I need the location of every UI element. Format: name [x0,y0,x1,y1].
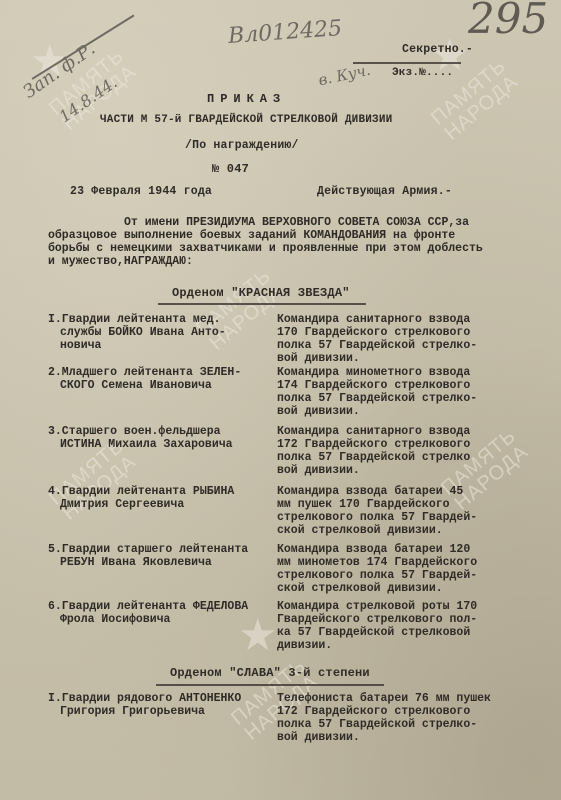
preamble-line: и мужество,НАГРАЖДАЮ: [48,255,483,268]
order-location: Действующая Армия.- [317,185,452,198]
recipient-name-line: СКОГО Семена Ивановича [48,379,268,392]
recipient-name: 4.Гвардии лейтенанта РЫБИНАДмитрия Серге… [48,485,268,511]
preamble: От имени ПРЕЗИДИУМА ВЕРХОВНОГО СОВЕТА СО… [48,216,483,268]
recipient-position-line: вой дивизии. [277,352,517,365]
recipient-position-line: стрелкового полка 57 Гвардей- [277,511,517,524]
recipient-name: I.Гвардии рядового АНТОНЕНКОГригория Гри… [48,692,268,718]
recipient-name-line: Дмитрия Сергеевича [48,498,268,511]
recipient-name-line: 5.Гвардии старшего лейтенанта [48,543,268,556]
preamble-line: образцовое выполнение боевых заданий КОМ… [48,229,483,242]
recipient-name-line: Григория Григорьевича [48,705,268,718]
recipient-position-line: ка 57 Гвардейской стрелковой [277,626,517,639]
document-subtitle: ЧАСТИ М 57-й ГВАРДЕЙСКОЙ СТРЕЛКОВОЙ ДИВИ… [100,114,392,126]
recipient-position-line: ской стрелковой дивизии. [277,582,517,595]
recipient-position: Командира санитарного взвода170 Гвардейс… [277,313,517,365]
recipient-name-line: 2.Младшего лейтенанта ЗЕЛЕН- [48,366,268,379]
recipient-name: 3.Старшего воен.фельдшераИСТИНА Михаила … [48,425,268,451]
recipient-position-line: мм минометов 174 Гвардейского [277,556,517,569]
recipient-position: Телефониста батареи 76 мм пушек172 Гвард… [277,692,517,744]
recipient-position-line: полка 57 Гвардейской стрелко- [277,392,517,405]
recipient-name-line: Фрола Иосифовича [48,613,268,626]
recipient-position-line: Командира взвода батареи 120 [277,543,517,556]
recipient-position: Командира санитарного взвода172 Гвардейс… [277,425,517,477]
recipient-name-line: I.Гвардии рядового АНТОНЕНКО [48,692,268,705]
recipient-position-line: Телефониста батареи 76 мм пушек [277,692,517,705]
recipient-position: Командира стрелковой роты 170Гвардейског… [277,600,517,652]
recipient-name: I.Гвардии лейтенанта мед.службы БОЙКО Ив… [48,313,268,352]
recipient-position-line: 174 Гвардейского стрелкового [277,379,517,392]
award-section-title: Орденом "СЛАВА" 3-й степени [170,666,370,680]
section-underline [158,303,366,305]
recipient-position-line: полка 57 Гвардейской стрелко- [277,339,517,352]
recipient-name: 2.Младшего лейтенанта ЗЕЛЕН-СКОГО Семена… [48,366,268,392]
classification-underline [353,62,461,64]
recipient-name-line: 6.Гвардии лейтенанта ФЕДЕЛОВА [48,600,268,613]
recipient-name-line: 4.Гвардии лейтенанта РЫБИНА [48,485,268,498]
recipient-position: Командира взвода батареи 45мм пушек 170 … [277,485,517,537]
recipient-position-line: 170 Гвардейского стрелкового [277,326,517,339]
recipient-name: 5.Гвардии старшего лейтенантаРЕБУН Ивана… [48,543,268,569]
recipient-name-line: службы БОЙКО Ивана Анто- [48,326,268,339]
recipient-position-line: вой дивизии. [277,731,517,744]
recipient-position-line: Гвардейского стрелкового пол- [277,613,517,626]
recipient-position-line: дивизии. [277,639,517,652]
recipient-name-line: I.Гвардии лейтенанта мед. [48,313,268,326]
order-date: 23 Февраля 1944 года [70,185,212,198]
recipient-position-line: ской стрелковой дивизии. [277,524,517,537]
order-number: № 047 [212,162,249,176]
document-title: ПРИКАЗ [207,92,286,106]
copy-number-label: Экз.№.... [392,67,453,79]
recipient-position-line: Командира взвода батареи 45 [277,485,517,498]
recipient-position-line: Командира санитарного взвода [277,425,517,438]
recipient-position-line: 172 Гвардейского стрелкового [277,705,517,718]
recipient-position-line: стрелкового полка 57 Гвардей- [277,569,517,582]
recipient-position-line: полка 57 Гвардейской стрелко- [277,718,517,731]
recipient-position-line: вой дивизии. [277,464,517,477]
recipient-position-line: Командира стрелковой роты 170 [277,600,517,613]
recipient-name: 6.Гвардии лейтенанта ФЕДЕЛОВАФрола Иосиф… [48,600,268,626]
section-underline [156,684,384,686]
recipient-position: Командира минометного взвода174 Гвардейс… [277,366,517,418]
recipient-name-line: ИСТИНА Михаила Захаровича [48,438,268,451]
recipient-name-line: РЕБУН Ивана Яковлевича [48,556,268,569]
recipient-position-line: Командира санитарного взвода [277,313,517,326]
recipient-position-line: 172 Гвардейского стрелкового [277,438,517,451]
recipient-position-line: мм пушек 170 Гвардейского [277,498,517,511]
recipient-position-line: Командира минометного взвода [277,366,517,379]
preamble-line: От имени ПРЕЗИДИУМА ВЕРХОВНОГО СОВЕТА СО… [48,216,483,229]
preamble-line: борьбы с немецкими захватчиками и проявл… [48,242,483,255]
classification-label: Секретно.- [402,43,473,56]
award-section-title: Орденом "КРАСНАЯ ЗВЕЗДА" [172,286,350,300]
page-number: 295 [468,0,548,43]
recipient-position-line: вой дивизии. [277,405,517,418]
recipient-position-line: полка 57 Гвардейской стрелко [277,451,517,464]
recipient-name-line: 3.Старшего воен.фельдшера [48,425,268,438]
recipient-name-line: новича [48,339,268,352]
recipient-position: Командира взвода батареи 120мм минометов… [277,543,517,595]
document-purpose: /По награждению/ [185,139,299,152]
